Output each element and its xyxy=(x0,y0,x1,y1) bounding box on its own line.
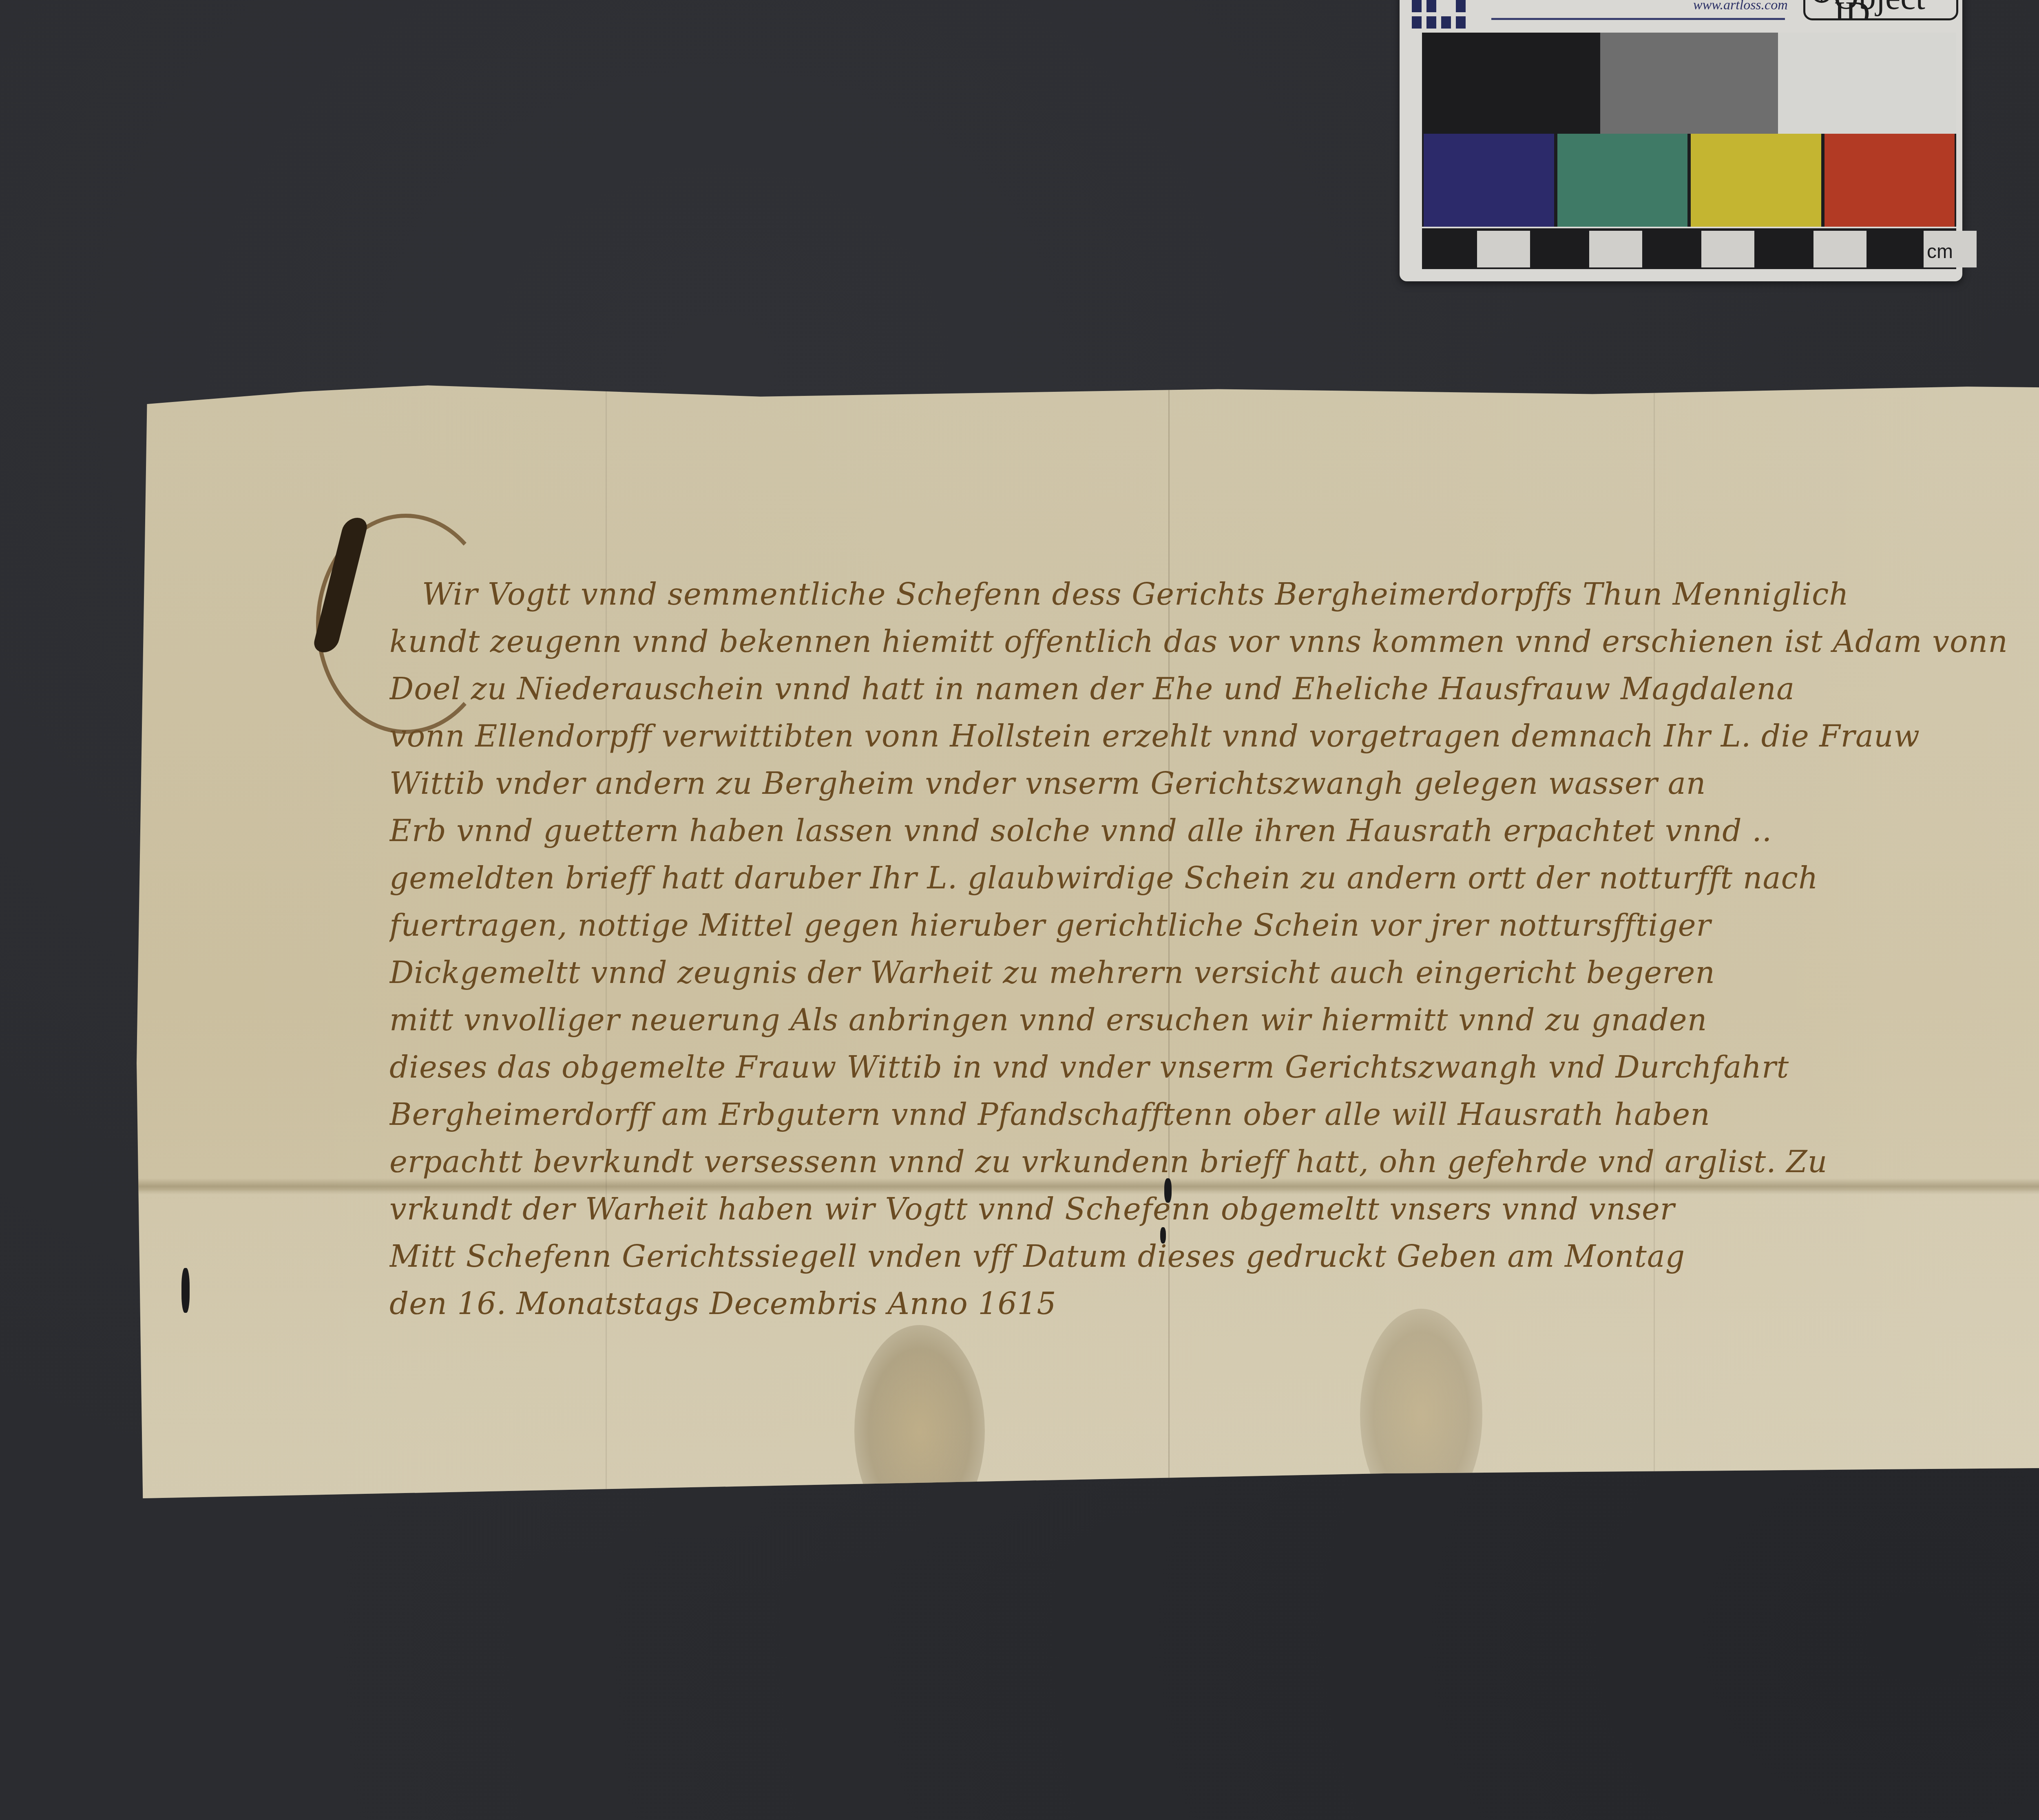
text-line: kundt zeugenn vnnd bekennen hiemitt offe… xyxy=(389,618,2039,665)
swatch-blue xyxy=(1424,134,1554,227)
object-id-label: Object ID xyxy=(1834,0,1925,20)
text-line: Wittib vnder andern zu Bergheim vnder vn… xyxy=(389,760,2039,807)
swatch-red xyxy=(1824,134,1955,227)
swatch-white xyxy=(1778,33,1956,134)
paper-hole xyxy=(181,1268,190,1313)
text-line: gemeldten brieff hatt daruber Ihr L. gla… xyxy=(389,855,2039,902)
swatch-gray xyxy=(1600,33,1778,134)
gray-swatches xyxy=(1422,33,1956,134)
paper-hole xyxy=(1160,1227,1166,1244)
swatch-green xyxy=(1557,134,1688,227)
card-url: www.artloss.com xyxy=(1693,0,1788,13)
swatch-black xyxy=(1422,33,1600,134)
text-line: Erb vnnd guettern haben lassen vnnd solc… xyxy=(389,807,2039,855)
text-line: vonn Ellendorpff verwittibten vonn Holls… xyxy=(389,713,2039,760)
globe-icon xyxy=(1811,0,1832,3)
object-id-badge: Object ID xyxy=(1803,0,1958,20)
text-line: Dickgemeltt vnnd zeugnis der Warheit zu … xyxy=(389,949,2039,996)
text-line: Mitt Schefenn Gerichtssiegell vnden vff … xyxy=(389,1233,2039,1280)
text-line: dieses das obgemelte Frauw Wittib in vnd… xyxy=(389,1044,2039,1091)
text-line: erpachtt bevrkundt versessenn vnnd zu vr… xyxy=(389,1138,2039,1186)
swatch-yellow xyxy=(1691,134,1821,227)
color-swatches xyxy=(1422,134,1956,227)
document-text: Wir Vogtt vnnd semmentliche Schefenn des… xyxy=(389,571,2039,1327)
text-line: fuertragen, nottige Mittel gegen hierube… xyxy=(389,902,2039,949)
text-line: mitt vnvolliger neuerung Als anbringen v… xyxy=(389,996,2039,1044)
text-line: vrkundt der Warheit haben wir Vogtt vnnd… xyxy=(389,1186,2039,1233)
cm-label: cm xyxy=(1927,241,1953,263)
text-line: Doel zu Niederauschein vnnd hatt in name… xyxy=(389,665,2039,713)
paper-hole xyxy=(1164,1178,1172,1203)
color-calibration-card: www.artloss.com Object ID cm xyxy=(1400,0,1962,281)
text-line: Bergheimerdorff am Erbgutern vnnd Pfands… xyxy=(389,1091,2039,1138)
text-line: den 16. Monatstags Decembris Anno 1615 xyxy=(389,1280,2039,1327)
card-divider xyxy=(1491,18,1785,20)
cm-ruler: cm xyxy=(1422,228,1956,269)
historical-document: Wir Vogtt vnnd semmentliche Schefenn des… xyxy=(137,379,2039,1623)
text-line: Wir Vogtt vnnd semmentliche Schefenn des… xyxy=(389,571,2039,618)
